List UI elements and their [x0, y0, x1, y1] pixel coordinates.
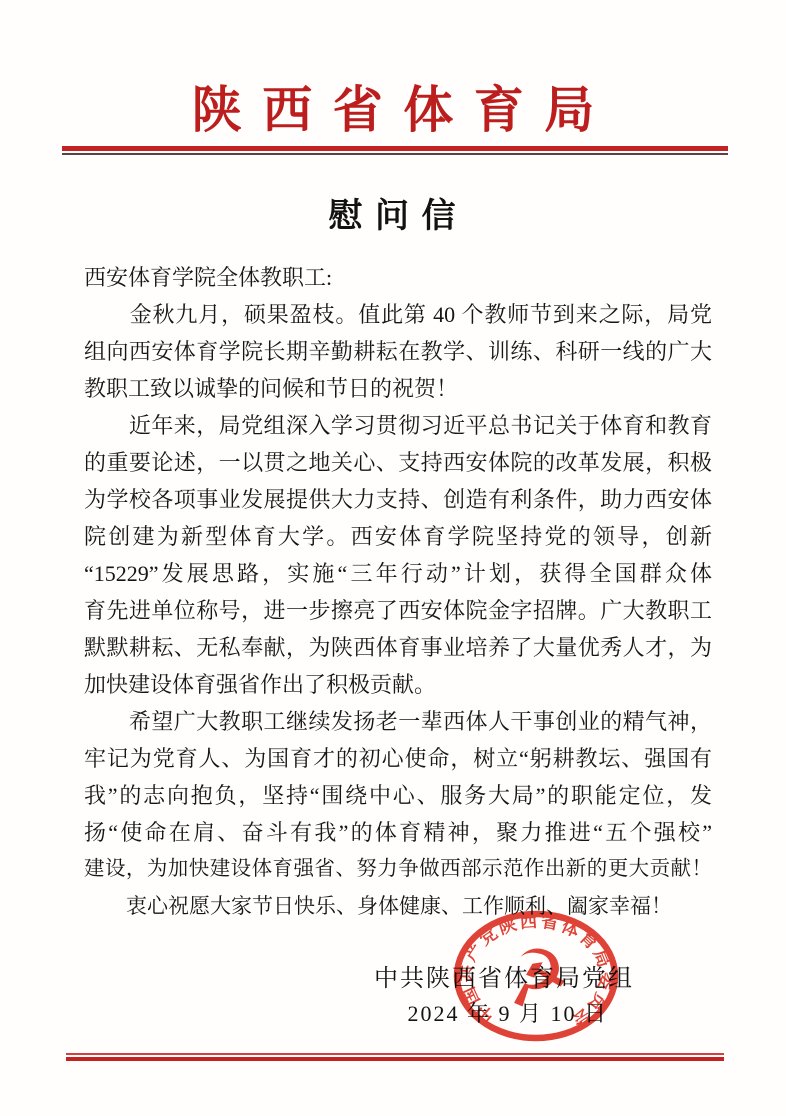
body-line: 建设，为加快建设体育强省、努力争做西部示范作出新的更大贡献！	[84, 851, 712, 888]
footer-rule-thick	[66, 1057, 724, 1061]
body-line: 牢记为党育人、为国育才的初心使命，树立“躬耕教坛、强国有	[84, 740, 712, 777]
document-title: 慰 问 信	[0, 196, 786, 238]
letter-body: 西安体育学院全体教职工: 金秋九月，硕果盈枝。值此第 40 个教师节到来之际，局…	[84, 259, 712, 925]
footer-rule-thin	[66, 1053, 724, 1055]
body-line: 院创建为新型体育大学。西安体育学院坚持党的领导，创新	[84, 518, 712, 555]
body-line: 为学校各项事业发展提供大力支持、创造有利条件，助力西安体	[84, 481, 712, 518]
body-line: 金秋九月，硕果盈枝。值此第 40 个教师节到来之际，局党	[84, 296, 712, 333]
official-seal-graphic: 中国共产党陕西省体育局委员会 ☭	[448, 906, 624, 1046]
body-line: 加快建设体育强省作出了积极贡献。	[84, 666, 712, 703]
official-seal: 中国共产党陕西省体育局委员会 ☭	[448, 906, 624, 1046]
body-line: 扬“使命在肩、奋斗有我”的体育精神，聚力推进“五个强校”	[84, 814, 712, 851]
letterhead-org-name: 陕 西 省 体 育 局	[0, 82, 786, 138]
body-line: 希望广大教职工继续发扬老一辈西体人干事创业的精气神，	[84, 703, 712, 740]
letterhead-org-name-text: 陕 西 省 体 育 局	[192, 82, 599, 138]
body-line: 组向西安体育学院长期辛勤耕耘在教学、训练、科研一线的广大	[84, 333, 712, 370]
letterhead-rule-red	[62, 146, 728, 151]
body-line: 育先进单位称号，进一步擦亮了西安体院金字招牌。广大教职工	[84, 592, 712, 629]
salutation-line: 西安体育学院全体教职工:	[84, 259, 712, 296]
body-line: 近年来，局党组深入学习贯彻习近平总书记关于体育和教育	[84, 407, 712, 444]
letterhead-rule-dark	[62, 153, 728, 155]
hammer-sickle-icon: ☭	[495, 929, 578, 1027]
body-line: 教职工致以诚挚的问候和节日的祝贺！	[84, 370, 712, 407]
body-line: 我”的志向抱负，坚持“围绕中心、服务大局”的职能定位，发	[84, 777, 712, 814]
body-line: 默默耕耘、无私奉献，为陕西体育事业培养了大量优秀人才，为	[84, 629, 712, 666]
body-line: “15229”发展思路，实施“三年行动”计划，获得全国群众体	[84, 555, 712, 592]
body-line: 的重要论述，一以贯之地关心、支持西安体院的改革发展，积极	[84, 444, 712, 481]
letter-page: 陕 西 省 体 育 局 慰 问 信 西安体育学院全体教职工: 金秋九月，硕果盈枝…	[0, 0, 786, 1116]
